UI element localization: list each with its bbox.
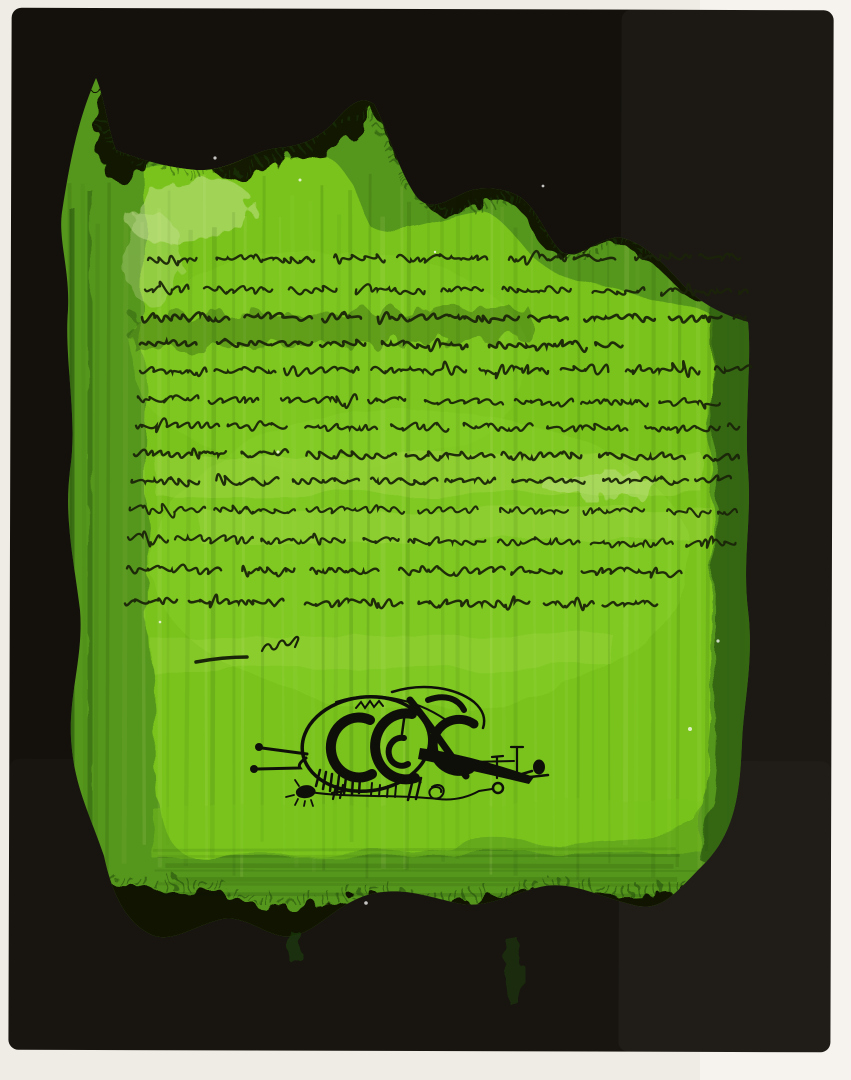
white-speck (434, 251, 436, 253)
comb-leg (379, 785, 380, 796)
dot (402, 778, 405, 781)
dot (418, 780, 421, 783)
white-speck (277, 451, 280, 454)
paint-pale-streak-mid (542, 473, 658, 499)
brush-striation (578, 186, 579, 880)
brush-striation (636, 216, 638, 845)
dot (410, 779, 413, 782)
comb-leg (395, 786, 396, 797)
comb-leg (371, 783, 372, 795)
mast-rail (468, 761, 514, 762)
antenna-dot-lower (250, 765, 258, 773)
paint-left-dark-streak-2 (88, 190, 92, 880)
dot (386, 775, 389, 778)
brush-striation (96, 224, 98, 850)
white-speck (159, 621, 162, 624)
white-speck (688, 727, 692, 731)
brush-striation (350, 190, 351, 842)
white-speck (542, 185, 545, 188)
brush-striation (669, 206, 670, 856)
knob-head (533, 760, 545, 775)
artwork-canvas (0, 0, 851, 1080)
brush-striation (608, 202, 609, 863)
brush-striation-horizontal (157, 884, 683, 885)
brush-striation (653, 228, 654, 877)
paint-bottom-bright-band (150, 800, 702, 858)
brush-striation (168, 190, 169, 845)
dot (394, 777, 397, 780)
white-speck (364, 901, 368, 905)
white-speck (213, 156, 216, 159)
comb-leg (352, 778, 353, 794)
scanned-artwork (0, 0, 851, 1080)
white-speck (299, 179, 302, 182)
brush-striation (625, 179, 626, 845)
brush-striation (407, 202, 409, 870)
brush-striation-horizontal (165, 866, 673, 867)
comb-leg (359, 778, 360, 793)
brush-striation (502, 207, 504, 849)
white-speck (716, 639, 719, 642)
brush-striation (124, 221, 126, 864)
antenna-dot-upper (255, 743, 263, 751)
brush-striation (107, 182, 109, 875)
